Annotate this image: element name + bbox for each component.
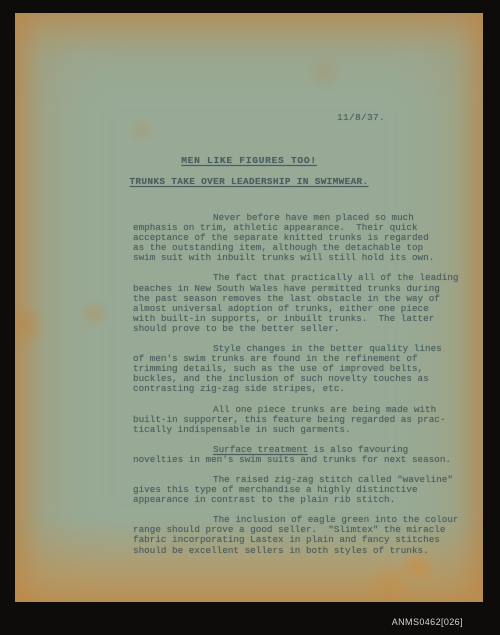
paragraph-6: The raised zig-zag stitch called "waveli…	[133, 475, 473, 505]
body-text: Never before have men placed so much emp…	[133, 213, 473, 566]
typed-page: 11/8/37. MEN LIKE FIGURES TOO! TRUNKS TA…	[15, 13, 483, 602]
page-subtitle: TRUNKS TAKE OVER LEADERSHIP IN SWIMWEAR.	[15, 176, 483, 187]
paragraph-5: Surface treatment is also favouring nove…	[133, 445, 473, 465]
archive-reference: ANMS0462[026]	[392, 617, 463, 627]
paragraph-3: Style changes in the better quality line…	[133, 344, 473, 394]
page-title: MEN LIKE FIGURES TOO!	[15, 155, 483, 166]
paragraph-7: The inclusion of eagle green into the co…	[133, 515, 473, 555]
paragraph-4: All one piece trunks are being made with…	[133, 405, 473, 435]
document-date: 11/8/37.	[337, 112, 385, 123]
archive-photo: 11/8/37. MEN LIKE FIGURES TOO! TRUNKS TA…	[0, 0, 500, 635]
paragraph-2: The fact that practically all of the lea…	[133, 273, 473, 334]
paragraph-1: Never before have men placed so much emp…	[133, 213, 473, 263]
